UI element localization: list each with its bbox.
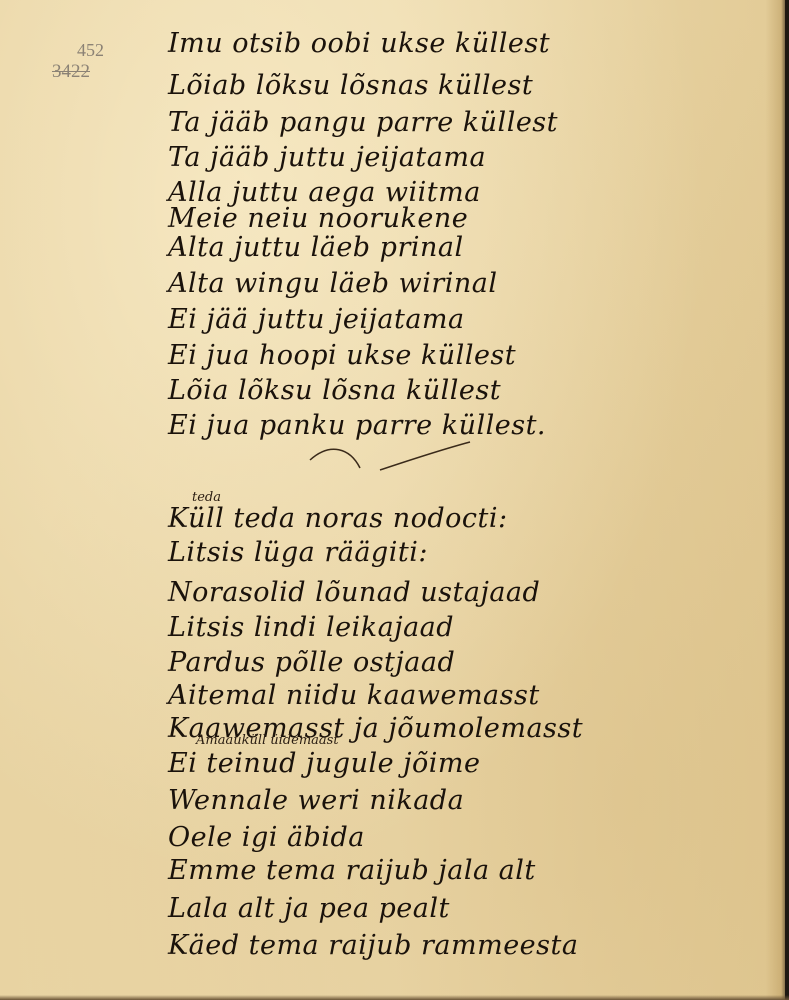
stanza2-line-6: Aitemal niidu kaawemasst xyxy=(168,680,540,711)
stanza1-line-3: Ta jääb pangu parre küllest xyxy=(168,107,558,138)
stanza1-line-11: Lõia lõksu lõsna küllest xyxy=(168,375,501,406)
stanza2-line-4: Litsis lindi leikajaad xyxy=(168,612,454,643)
stanza1-line-2: Lõiab lõksu lõsnas küllest xyxy=(168,70,533,101)
stanza1-line-7: Alta juttu läeb prinal xyxy=(168,232,464,263)
stanza1-line-8: Alta wingu läeb wirinal xyxy=(168,268,498,299)
stanza1-line-1: Imu otsib oobi ukse küllest xyxy=(168,28,550,59)
stanza2-line-11: Emme tema raijub jala alt xyxy=(168,855,536,886)
stanza2-line-12: Lala alt ja pea pealt xyxy=(168,893,450,924)
stanza2-line-5: Pardus põlle ostjaad xyxy=(168,647,455,678)
stanza2-line-13: Käed tema raijub rammeesta xyxy=(168,930,578,961)
stanza2-line-9: Wennale weri nikada xyxy=(168,785,464,816)
stanza1-line-12: Ei jua panku parre küllest. xyxy=(168,410,546,441)
stanza1-line-4: Ta jääb juttu jeijatama xyxy=(168,142,486,173)
stanza2-line-8: Ei teinud jugule jõime xyxy=(168,748,481,779)
stanza2-line-3: Norasolid lõunad ustajaad xyxy=(168,577,540,608)
stanza2-line-2: Litsis lüga räägiti: xyxy=(168,537,428,568)
page-edge-bottom xyxy=(0,995,789,1000)
page-edge-right xyxy=(785,0,789,1000)
stanza1-line-10: Ei jua hoopi ukse küllest xyxy=(168,340,516,371)
archive-number-2: 3422 xyxy=(52,61,122,83)
stanza2-line-10: Oele igi äbida xyxy=(168,822,365,853)
archive-numbers: 452 3422 xyxy=(52,40,122,83)
pen-flourish xyxy=(300,440,480,480)
insertion-interlinear: Amaauküll üidemaast xyxy=(196,733,339,748)
stanza1-line-9: Ei jää juttu jeijatama xyxy=(168,304,465,335)
stanza2-line-1: Küll teda noras nodocti: xyxy=(168,503,508,534)
archive-number-1: 452 xyxy=(52,40,122,61)
stanza1-line-6: Meie neiu noorukene xyxy=(168,203,468,234)
